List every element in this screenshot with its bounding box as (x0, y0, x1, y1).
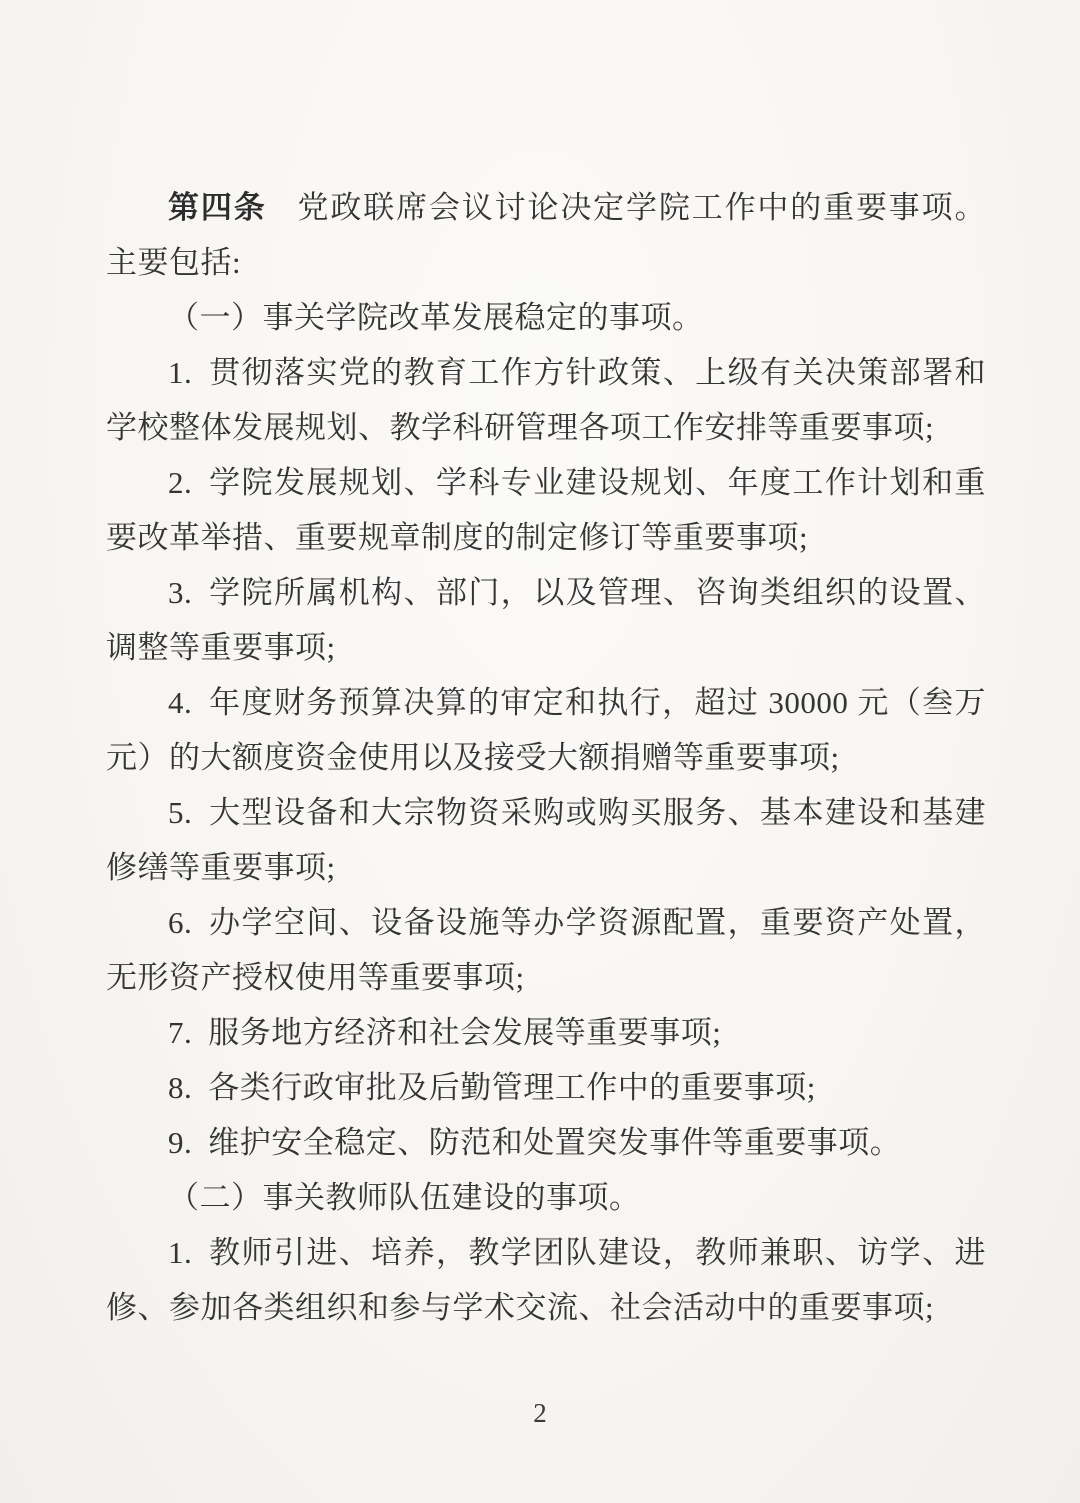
article-4-intro-paragraph: 第四条党政联席会议讨论决定学院工作中的重要事项。主要包括: (106, 180, 986, 290)
section-2-heading: （二）事关教师队伍建设的事项。 (106, 1170, 986, 1225)
section-1-item-8: 8. 各类行政审批及后勤管理工作中的重要事项; (106, 1060, 986, 1115)
document-body: 第四条党政联席会议讨论决定学院工作中的重要事项。主要包括: （一）事关学院改革发… (106, 180, 986, 1335)
section-1-heading: （一）事关学院改革发展稳定的事项。 (106, 290, 986, 345)
section-1-item-2: 2. 学院发展规划、学科专业建设规划、年度工作计划和重要改革举措、重要规章制度的… (106, 455, 986, 565)
section-1-item-7: 7. 服务地方经济和社会发展等重要事项; (106, 1005, 986, 1060)
article-4-label: 第四条 (168, 190, 267, 225)
section-1-item-6: 6. 办学空间、设备设施等办学资源配置，重要资产处置，无形资产授权使用等重要事项… (106, 895, 986, 1005)
section-1-item-5: 5. 大型设备和大宗物资采购或购买服务、基本建设和基建修缮等重要事项; (106, 785, 986, 895)
document-page: 第四条党政联席会议讨论决定学院工作中的重要事项。主要包括: （一）事关学院改革发… (0, 0, 1080, 1503)
section-1-item-9: 9. 维护安全稳定、防范和处置突发事件等重要事项。 (106, 1115, 986, 1170)
page-number: 2 (0, 1398, 1080, 1429)
section-2-item-1: 1. 教师引进、培养，教学团队建设，教师兼职、访学、进修、参加各类组织和参与学术… (106, 1225, 986, 1335)
section-1-item-1: 1. 贯彻落实党的教育工作方针政策、上级有关决策部署和学校整体发展规划、教学科研… (106, 345, 986, 455)
section-1-item-4: 4. 年度财务预算决算的审定和执行，超过 30000 元（叁万元）的大额度资金使… (106, 675, 986, 785)
section-1-item-3: 3. 学院所属机构、部门，以及管理、咨询类组织的设置、调整等重要事项; (106, 565, 986, 675)
